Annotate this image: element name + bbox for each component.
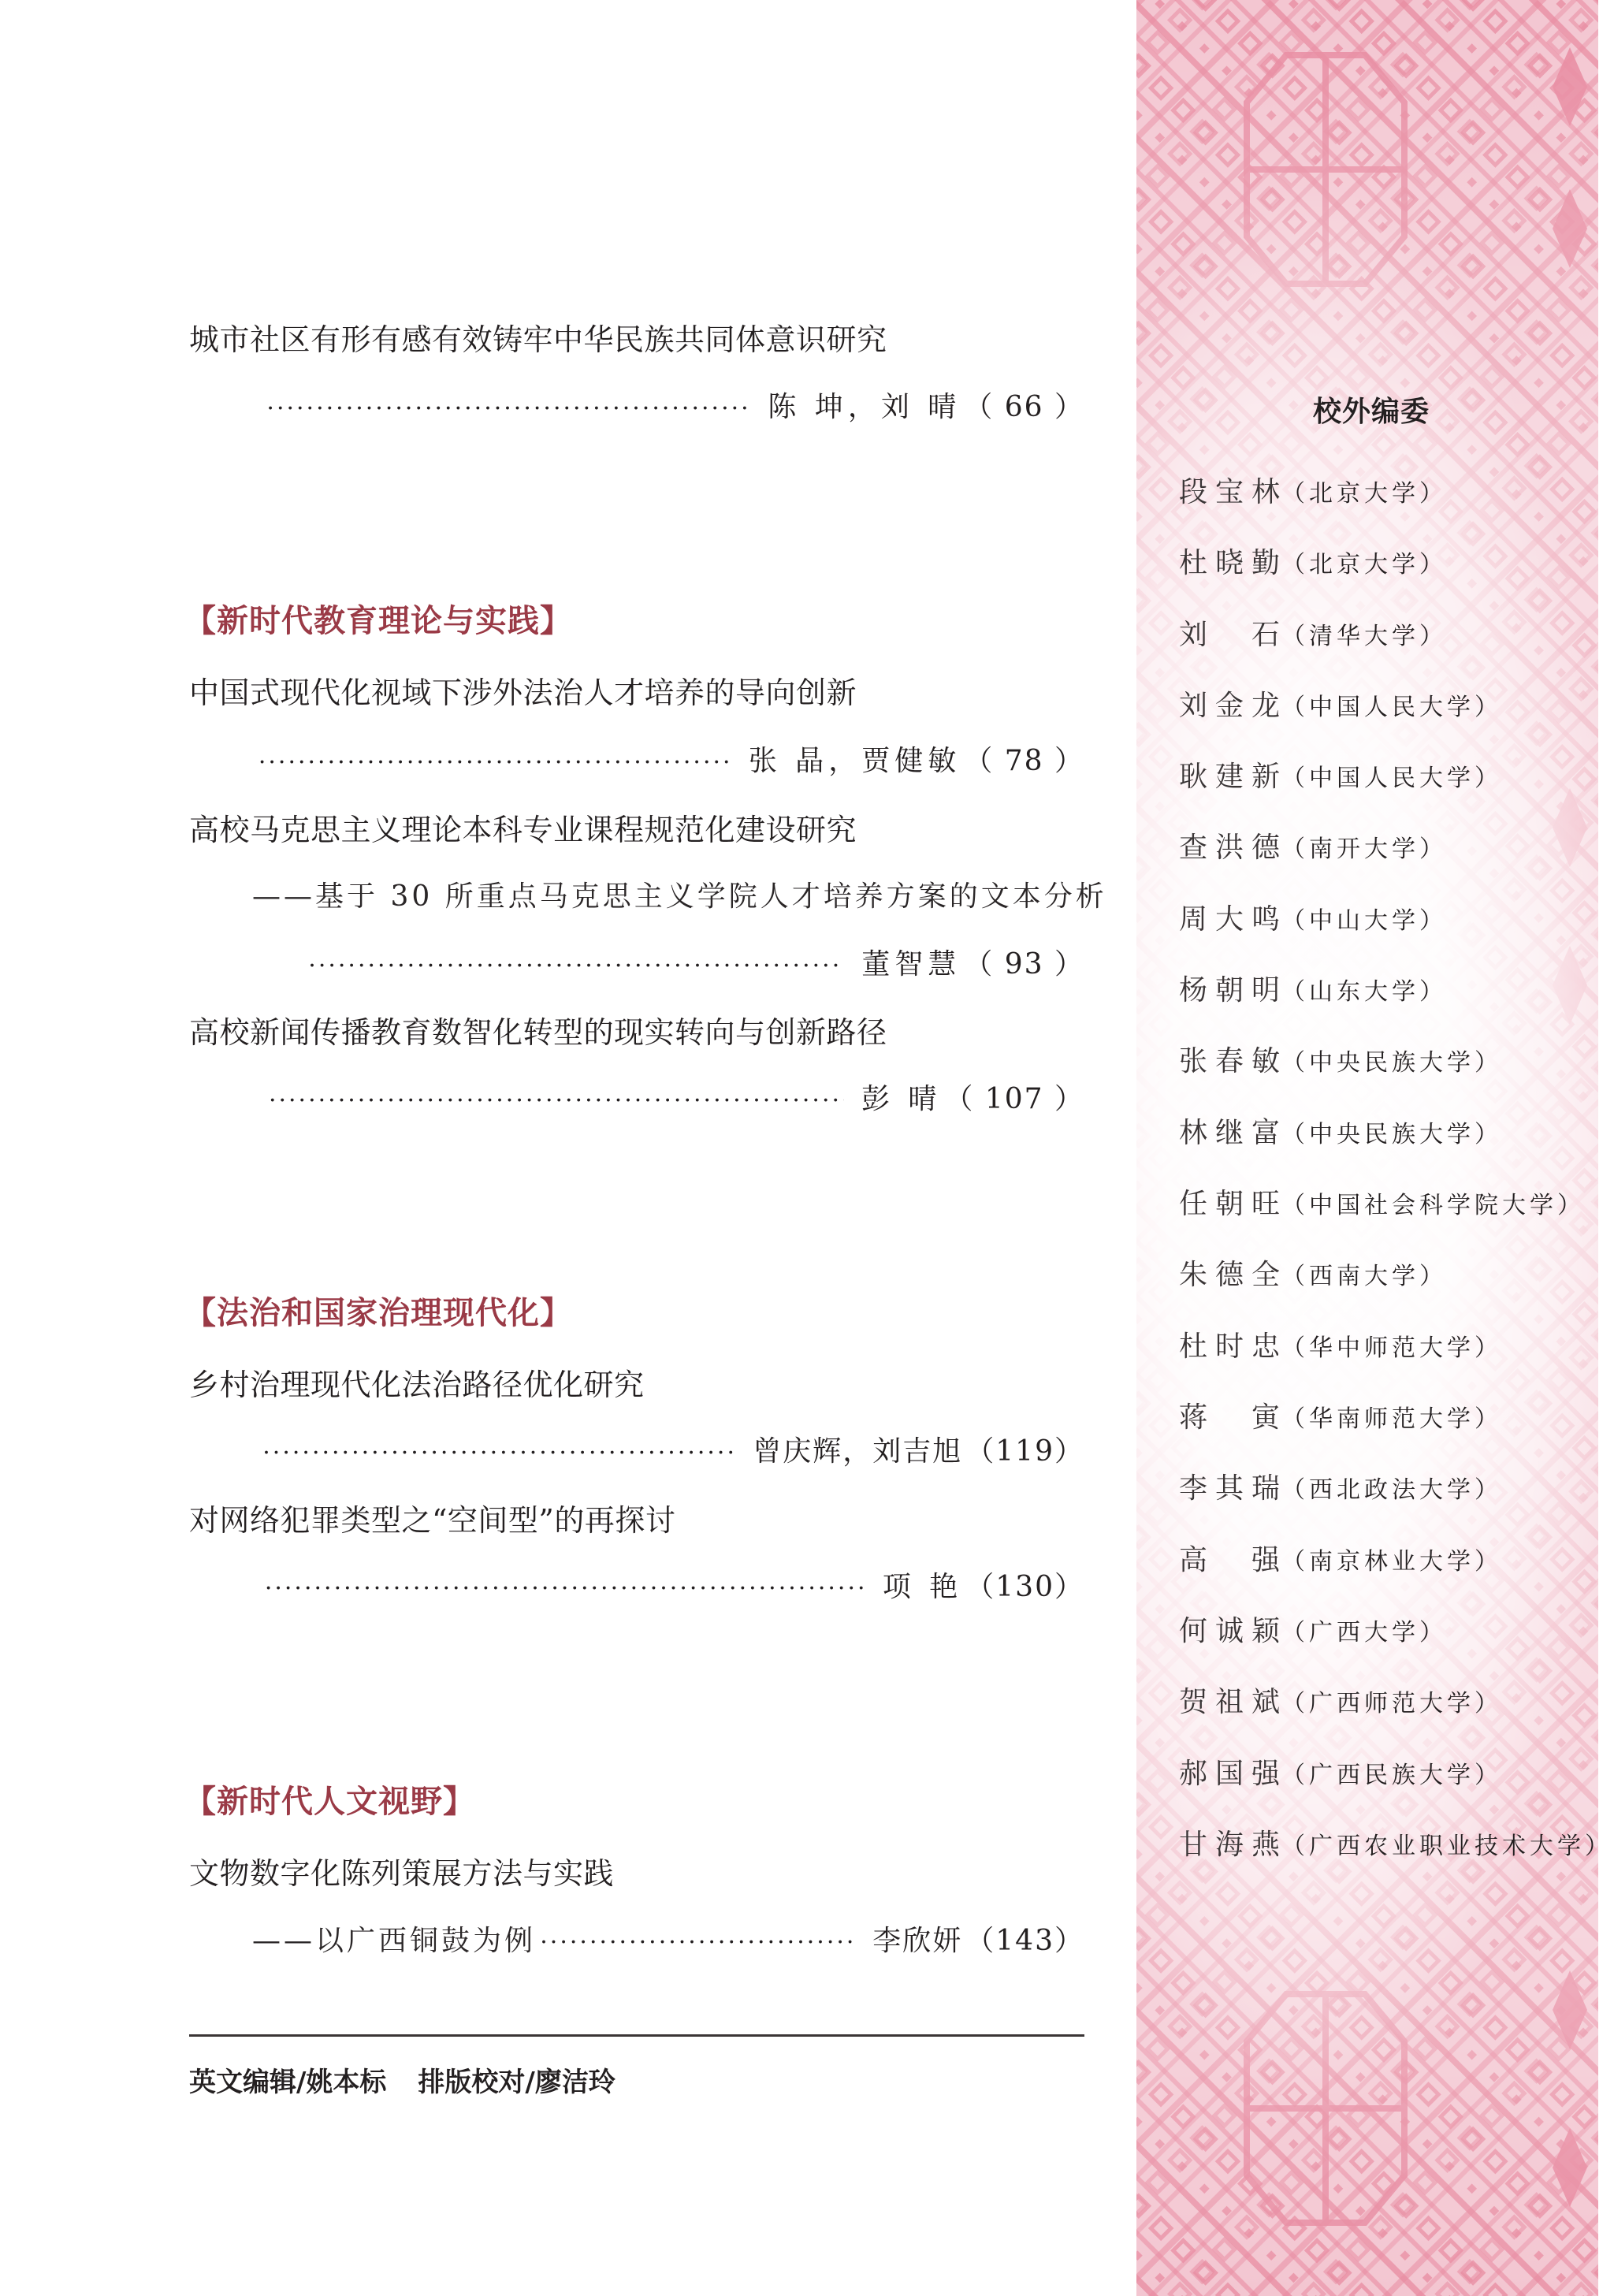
board-member: 贺祖斌（广西师范大学）	[1179, 1684, 1502, 1722]
member-name: 林继富	[1179, 1115, 1280, 1152]
toc-entry-byline[interactable]: ········································…	[269, 1081, 1084, 1119]
member-affiliation: （广西民族大学）	[1281, 1758, 1502, 1794]
board-member: 段宝林（北京大学）	[1179, 474, 1447, 512]
member-affiliation: （西南大学）	[1281, 1259, 1447, 1295]
member-name: 李其瑞	[1179, 1471, 1280, 1507]
member-affiliation: （中央民族大学）	[1281, 1117, 1502, 1153]
dot-leader: ········································…	[258, 745, 731, 781]
board-member: 刘 石（清华大学）	[1179, 617, 1447, 655]
member-affiliation: （中国人民大学）	[1281, 761, 1502, 797]
section-header: 【法治和国家治理现代化】	[184, 1293, 572, 1333]
member-name: 贺祖斌	[1179, 1684, 1280, 1721]
member-affiliation: （广西农业职业技术大学）	[1281, 1829, 1598, 1865]
member-name: 杨朝明	[1179, 973, 1280, 1009]
member-name: 杜时忠	[1179, 1329, 1280, 1365]
board-member: 杜晓勤（北京大学）	[1179, 545, 1447, 583]
member-name: 朱德全	[1179, 1257, 1280, 1293]
member-affiliation: （南开大学）	[1281, 832, 1447, 868]
toc-entry-authors: 张 晶，贾健敏	[749, 743, 961, 780]
toc-entry-subtitle: ——基于 30 所重点马克思主义学院人才培养方案的文本分析	[252, 879, 1107, 915]
board-member: 蒋 寅（华南师范大学）	[1179, 1400, 1502, 1438]
toc-entry-authors: 项 艳	[883, 1569, 962, 1606]
toc-entry-byline[interactable]: ········································…	[266, 389, 1084, 427]
board-member: 杨朝明（山东大学）	[1179, 973, 1447, 1010]
section-header: 【新时代人文视野】	[184, 1782, 475, 1822]
toc-entry-page: （130）	[965, 1569, 1084, 1606]
member-name: 查洪德	[1179, 830, 1280, 866]
member-affiliation: （中国社会科学院大学）	[1281, 1188, 1585, 1224]
member-affiliation: （华中师范大学）	[1281, 1330, 1502, 1367]
table-of-contents: 城市社区有形有感有效铸牢中华民族共同体意识研究 ················…	[189, 0, 1084, 2296]
toc-entry-authors: 彭 晴	[861, 1081, 941, 1118]
editorial-board-title: 校外编委	[1313, 394, 1430, 430]
board-member: 耿建新（中国人民大学）	[1179, 759, 1502, 797]
editorial-credits: 英文编辑/姚本标排版校对/廖洁玲	[189, 2065, 615, 2100]
dot-leader: ········································…	[308, 948, 844, 984]
member-name: 高 强	[1179, 1542, 1280, 1579]
toc-entry-title[interactable]: 中国式现代化视域下涉外法治人才培养的导向创新	[189, 674, 857, 712]
member-affiliation: （山东大学）	[1281, 974, 1447, 1010]
board-member: 朱德全（西南大学）	[1179, 1257, 1447, 1295]
board-member: 任朝旺（中国社会科学院大学）	[1179, 1186, 1585, 1224]
dot-leader: ········································…	[269, 1083, 844, 1119]
board-member: 林继富（中央民族大学）	[1179, 1115, 1502, 1153]
member-name: 杜晓勤	[1179, 545, 1280, 582]
member-name: 耿建新	[1179, 759, 1280, 795]
member-affiliation: （广西师范大学）	[1281, 1686, 1502, 1722]
member-name: 周大鸣	[1179, 902, 1280, 938]
toc-entry-page: （143）	[965, 1923, 1084, 1959]
toc-entry-title[interactable]: 城市社区有形有感有效铸牢中华民族共同体意识研究	[189, 321, 887, 359]
toc-entry-page: （ 66 ）	[964, 389, 1084, 426]
board-member: 查洪德（南开大学）	[1179, 830, 1447, 868]
toc-entry-page: （ 93 ）	[964, 947, 1084, 983]
member-affiliation: （西北政法大学）	[1281, 1472, 1502, 1509]
credit-proofreader: 排版校对/廖洁玲	[418, 2067, 615, 2098]
toc-entry-byline[interactable]: ········································…	[308, 947, 1084, 984]
member-affiliation: （中国人民大学）	[1281, 690, 1502, 726]
toc-entry-page: （ 78 ）	[964, 743, 1084, 780]
footer-divider	[189, 2034, 1084, 2037]
member-affiliation: （华南师范大学）	[1281, 1401, 1502, 1438]
board-member: 李其瑞（西北政法大学）	[1179, 1471, 1502, 1509]
board-member: 高 强（南京林业大学）	[1179, 1542, 1502, 1580]
member-name: 何诚颖	[1179, 1613, 1280, 1650]
toc-entry-subtitle: ——以广西铜鼓为例	[252, 1923, 536, 1959]
member-name: 甘海燕	[1179, 1827, 1280, 1863]
toc-entry-authors: 董智慧	[861, 947, 961, 983]
member-name: 段宝林	[1179, 474, 1280, 511]
board-member: 杜时忠（华中师范大学）	[1179, 1329, 1502, 1367]
board-member: 何诚颖（广西大学）	[1179, 1613, 1447, 1651]
member-affiliation: （清华大学）	[1281, 619, 1447, 655]
toc-entry-byline[interactable]: ········································…	[258, 743, 1084, 781]
member-affiliation: （中央民族大学）	[1281, 1045, 1502, 1081]
member-name: 任朝旺	[1179, 1186, 1280, 1222]
dot-leader: ········································…	[540, 1925, 855, 1961]
member-name: 刘金龙	[1179, 688, 1280, 724]
toc-entry-title[interactable]: 高校新闻传播教育数智化转型的现实转向与创新路径	[189, 1014, 887, 1051]
member-name: 刘 石	[1179, 617, 1280, 653]
section-header: 【新时代教育理论与实践】	[184, 601, 572, 641]
board-member: 刘金龙（中国人民大学）	[1179, 688, 1502, 726]
dot-leader: ········································…	[262, 1435, 735, 1472]
member-affiliation: （中山大学）	[1281, 903, 1447, 940]
toc-entry-title[interactable]: 文物数字化陈列策展方法与实践	[189, 1855, 614, 1892]
member-name: 郝国强	[1179, 1756, 1280, 1792]
toc-entry-byline[interactable]: ········································…	[540, 1923, 1084, 1961]
member-name: 蒋 寅	[1179, 1400, 1280, 1436]
member-affiliation: （北京大学）	[1281, 547, 1447, 583]
toc-entry-byline[interactable]: ········································…	[265, 1569, 1084, 1607]
toc-entry-title[interactable]: 高校马克思主义理论本科专业课程规范化建设研究	[189, 811, 857, 849]
toc-entry-authors: 陈 坤，刘 晴	[768, 389, 961, 426]
member-affiliation: （北京大学）	[1281, 476, 1447, 512]
toc-entry-authors: 曾庆辉，刘吉旭	[753, 1434, 962, 1470]
board-member: 周大鸣（中山大学）	[1179, 902, 1447, 940]
member-name: 张春敏	[1179, 1044, 1280, 1080]
dot-leader: ········································…	[266, 391, 750, 427]
toc-entry-authors: 李欣妍	[872, 1923, 962, 1959]
board-member: 郝国强（广西民族大学）	[1179, 1756, 1502, 1794]
credit-english-editor: 英文编辑/姚本标	[189, 2067, 386, 2098]
editorial-board-sidebar: 校外编委 段宝林（北京大学） 杜晓勤（北京大学） 刘 石（清华大学） 刘金龙（中…	[1136, 0, 1598, 2296]
toc-entry-byline[interactable]: ········································…	[262, 1434, 1084, 1472]
toc-entry-title[interactable]: 乡村治理现代化法治路径优化研究	[189, 1366, 645, 1404]
board-member: 张春敏（中央民族大学）	[1179, 1044, 1502, 1081]
toc-entry-title[interactable]: 对网络犯罪类型之“空间型”的再探讨	[189, 1502, 675, 1539]
member-affiliation: （南京林业大学）	[1281, 1544, 1502, 1580]
board-member: 甘海燕（广西农业职业技术大学）	[1179, 1827, 1598, 1865]
toc-entry-page: （119）	[965, 1434, 1084, 1470]
dot-leader: ········································…	[265, 1571, 865, 1607]
member-affiliation: （广西大学）	[1281, 1615, 1447, 1651]
toc-entry-page: （ 107 ）	[944, 1081, 1084, 1118]
